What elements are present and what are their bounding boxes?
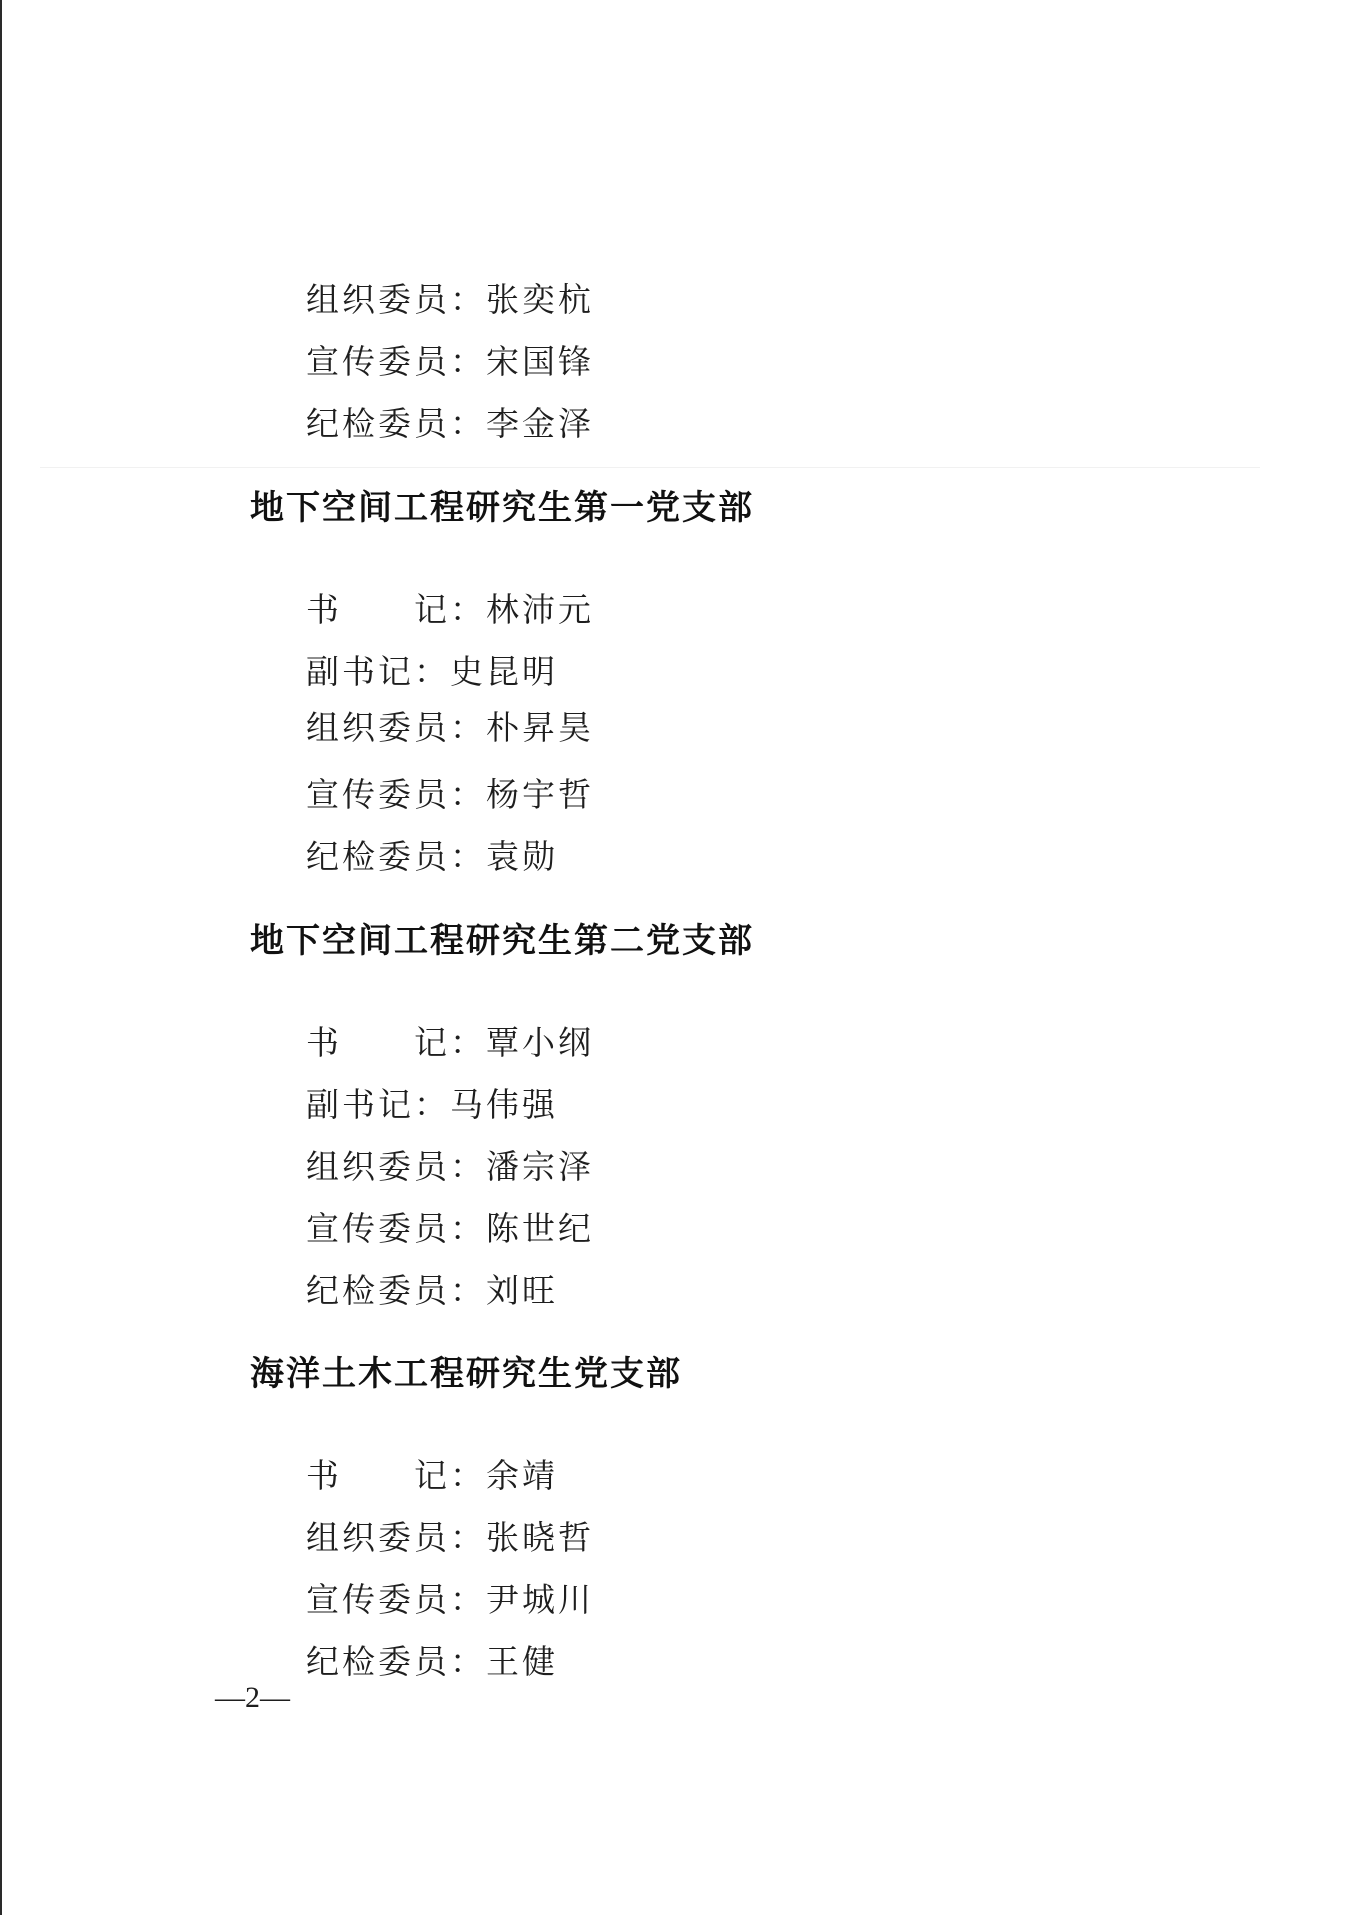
member-role: 纪检委员： <box>306 404 486 443</box>
member-role: 纪检委员： <box>306 837 486 876</box>
member-name: 李金泽 <box>486 404 594 443</box>
branch-title: 地下空间工程研究生第二党支部 <box>250 920 754 962</box>
member-row: 纪检委员：王健 <box>252 1602 558 1722</box>
member-row: 纪检委员：袁勋 <box>252 797 558 917</box>
member-name: 刘旺 <box>486 1271 558 1310</box>
scan-artifact-line <box>40 467 1260 468</box>
member-name: 袁勋 <box>486 837 558 876</box>
member-row: 纪检委员：刘旺 <box>252 1231 558 1351</box>
member-row: 纪检委员：李金泽 <box>252 364 594 484</box>
page-left-edge <box>0 0 2 1915</box>
member-role: 纪检委员： <box>306 1271 486 1310</box>
member-role: 纪检委员： <box>306 1642 486 1681</box>
member-name: 王健 <box>486 1642 558 1681</box>
branch-title: 海洋土木工程研究生党支部 <box>250 1353 682 1395</box>
page-number: —2— <box>215 1680 290 1716</box>
branch-title: 地下空间工程研究生第一党支部 <box>250 487 754 529</box>
